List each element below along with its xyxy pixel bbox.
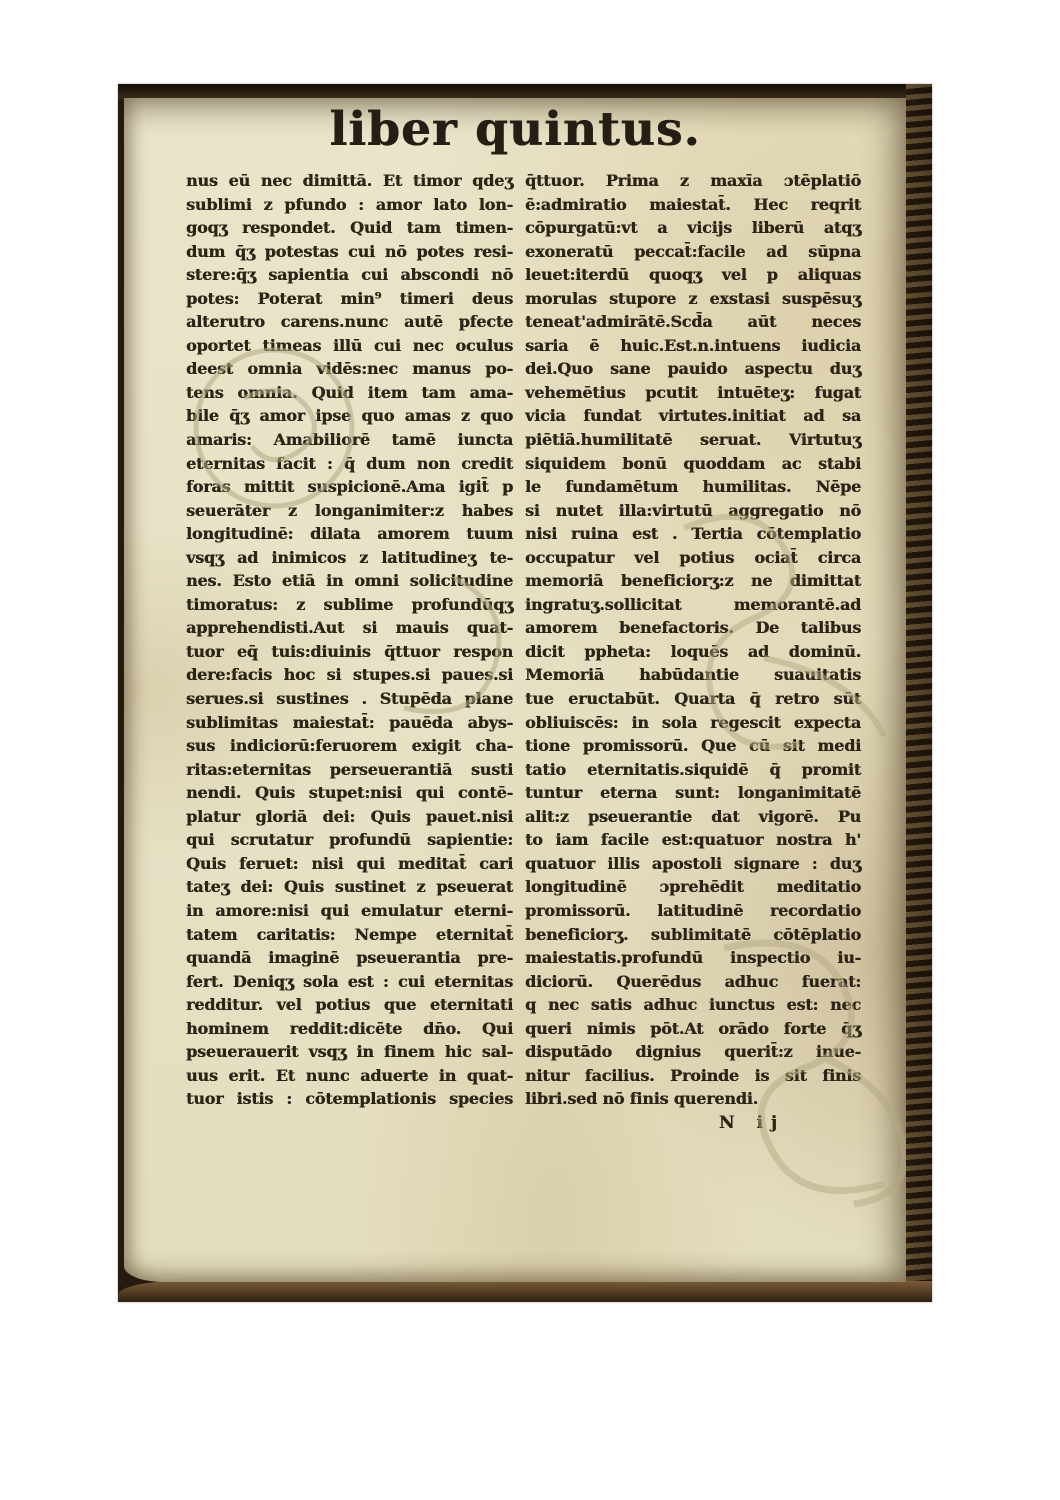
text-block: nus eū nec dimittā. Et timor qdeʒ sublim… xyxy=(124,169,906,1135)
text-column-right-body: q̄ttuor. Prima z maxīa ɔtēplatiō ē:admir… xyxy=(525,169,861,1087)
book-fore-edge xyxy=(906,84,932,1302)
text-column-right: q̄ttuor. Prima z maxīa ɔtēplatiō ē:admir… xyxy=(525,169,861,1135)
book-photo: liber quintus. nus eū nec dimittā. Et ti… xyxy=(118,84,932,1302)
text-column-right-last-line: libri.sed nō finis querendi. xyxy=(525,1087,861,1111)
book-top-edge xyxy=(118,84,932,99)
page-title: liber quintus. xyxy=(124,98,906,157)
quire-signature-mark: N ij xyxy=(525,1112,861,1136)
book-bottom-edge xyxy=(118,1281,932,1302)
text-column-left: nus eū nec dimittā. Et timor qdeʒ sublim… xyxy=(186,169,513,1135)
page-paper: liber quintus. nus eū nec dimittā. Et ti… xyxy=(124,98,906,1282)
